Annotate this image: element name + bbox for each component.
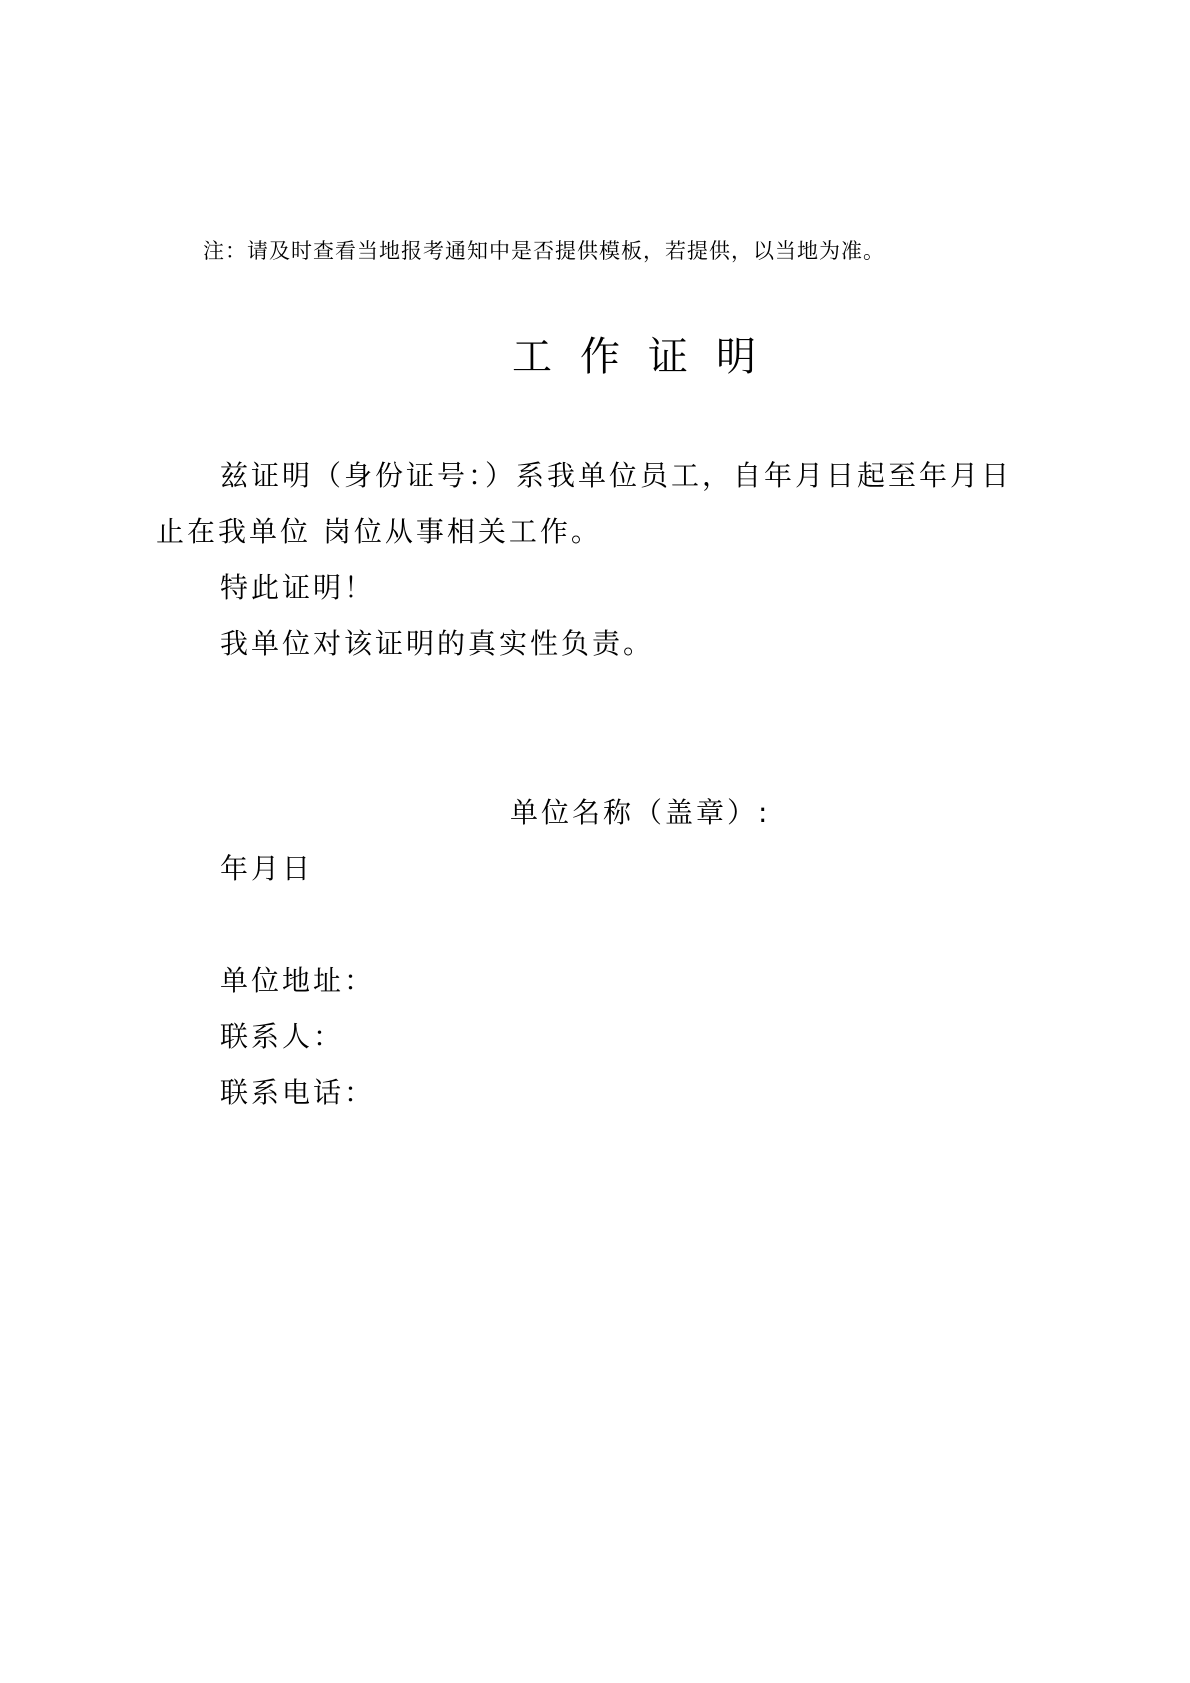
responsibility-statement: 我单位对该证明的真实性负责。 <box>220 630 654 658</box>
template-note: 注：请及时查看当地报考通知中是否提供模板，若提供，以当地为准。 <box>203 241 885 262</box>
document-title: 工作证明 <box>512 337 784 377</box>
organization-seal-label: 单位名称（盖章）: <box>510 799 770 827</box>
certification-paragraph-line-1: 兹证明（身份证号：）系我单位员工，自年月日起至年月日 <box>220 462 1012 490</box>
hereby-certify-text: 特此证明！ <box>220 574 375 602</box>
organization-address-label: 单位地址： <box>220 967 375 995</box>
contact-person-label: 联系人： <box>220 1023 344 1051</box>
date-label: 年月日 <box>220 855 313 883</box>
certification-paragraph-line-2: 止在我单位 岗位从事相关工作。 <box>156 518 602 546</box>
contact-phone-label: 联系电话： <box>220 1079 375 1107</box>
